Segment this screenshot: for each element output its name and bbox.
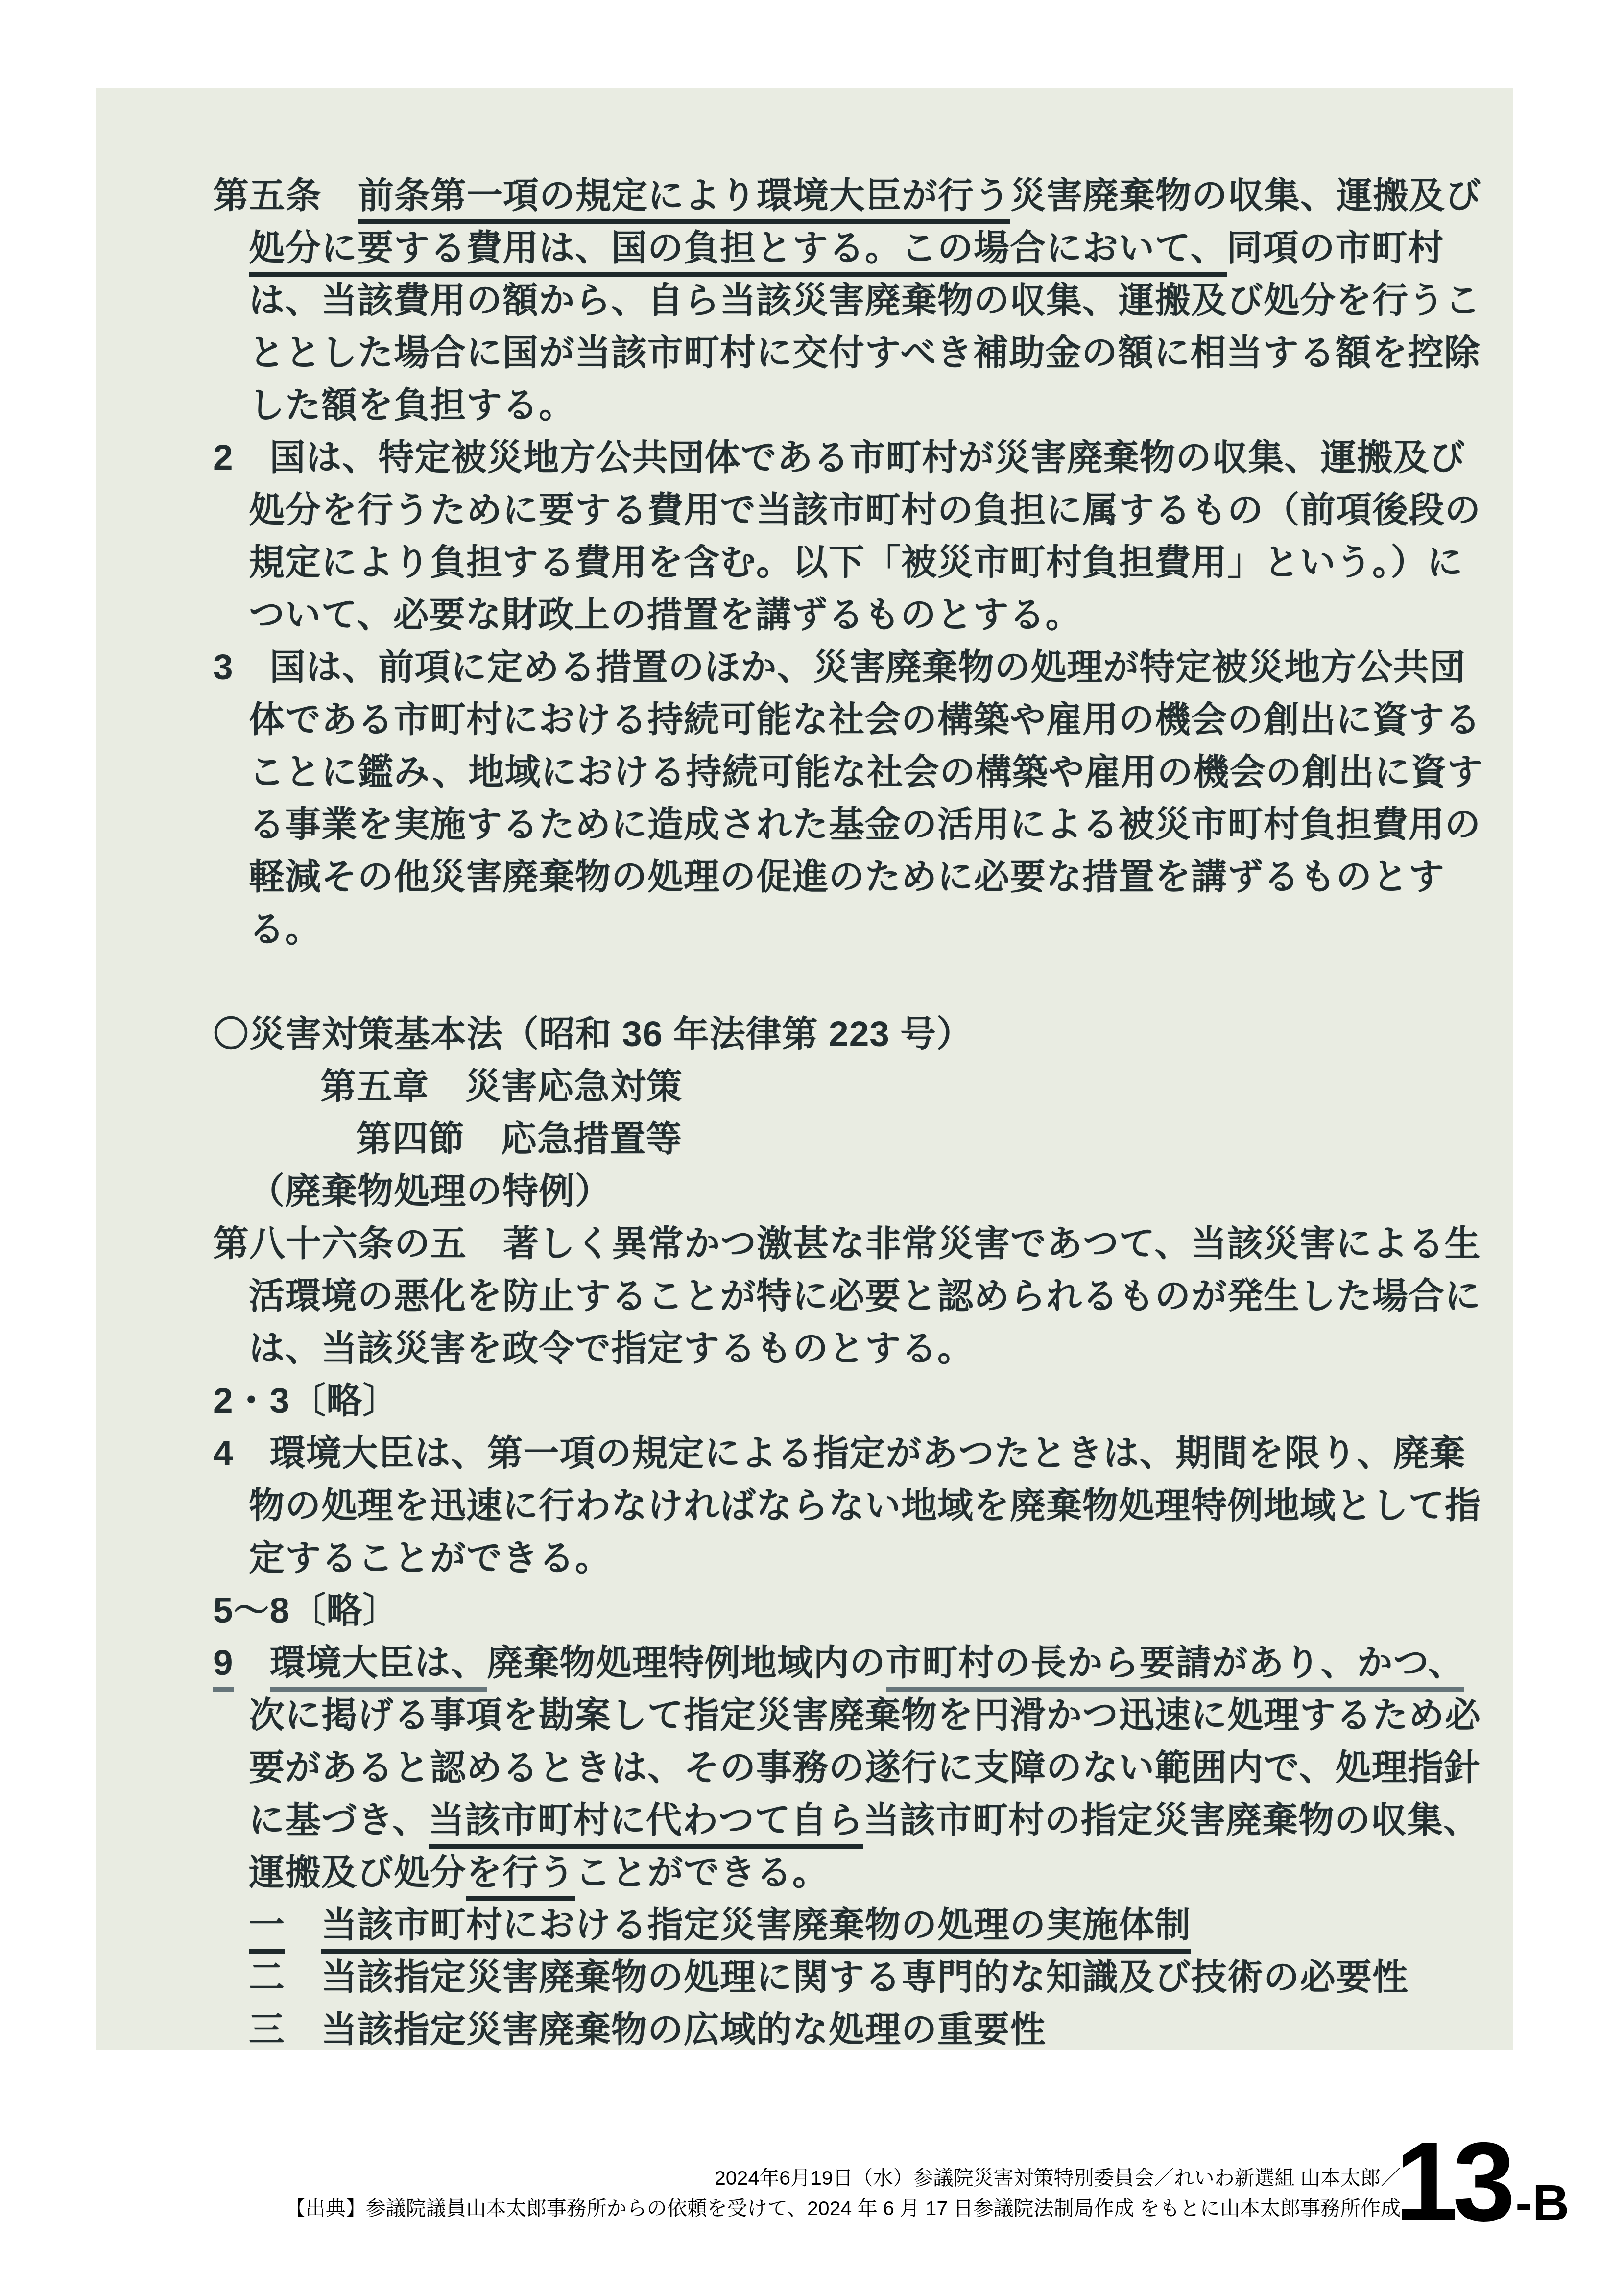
text-run: 運搬及び処分 — [249, 1853, 466, 1892]
underlined-text-run: 環境大臣は、 — [270, 1643, 487, 1692]
underlined-text-run: 一 — [249, 1905, 285, 1954]
text-run: ことに鑑み、地域における持続可能な社会の構築や雇用の機会の創出に資す — [249, 752, 1483, 792]
text-run: は、当該災害を政令で指定するものとする。 — [249, 1329, 974, 1368]
document-line: 〇災害対策基本法（昭和 36 年法律第 223 号） — [213, 1008, 1483, 1060]
underlined-text-run: 前条第一項の規定により環境大臣が行う — [358, 176, 1010, 224]
text-run: 2 国は、特定被災地方公共団体である市町村が災害廃棄物の収集、運搬及び — [213, 438, 1466, 477]
text-run: 三 当該指定災害廃棄物の広域的な処理の重要性 — [249, 2010, 1046, 2050]
document-blank-line — [213, 955, 1483, 1008]
underlined-text-run: 処分に要する費用は、国の負担とする。この場合において、 — [249, 228, 1227, 277]
text-run: 4 環境大臣は、第一項の規定による指定があつたときは、期間を限り、廃棄 — [213, 1433, 1466, 1473]
document-line: 2・3〔略〕 — [213, 1375, 1483, 1427]
text-run: 要があると認めるときは、その事務の遂行に支障のない範囲内で、処理指針 — [249, 1748, 1481, 1788]
document-line: 第八十六条の五 著しく異常かつ激甚な非常災害であつて、当該災害による生 — [213, 1217, 1483, 1270]
text-run: した額を負担する。 — [249, 385, 575, 425]
text-run: 二 当該指定災害廃棄物の処理に関する専門的な知識及び技術の必要性 — [249, 1957, 1409, 1997]
document-line: 二 当該指定災害廃棄物の処理に関する専門的な知識及び技術の必要性 — [249, 1951, 1483, 2004]
document-line: 軽減その他災害廃棄物の処理の促進のために必要な措置を講ずるものとす — [249, 851, 1483, 903]
document-line: 要があると認めるときは、その事務の遂行に支障のない範囲内で、処理指針 — [249, 1742, 1483, 1794]
underlined-text-run: 当該市町村に代わつて自ら — [429, 1800, 863, 1849]
text-run: 定することができる。 — [249, 1538, 611, 1578]
document-line: 第五条 前条第一項の規定により環境大臣が行う災害廃棄物の収集、運搬及び — [213, 169, 1483, 222]
document-line: 処分に要する費用は、国の負担とする。この場合において、同項の市町村 — [249, 222, 1483, 274]
document-line: 体である市町村における持続可能な社会の構築や雇用の機会の創出に資する — [249, 693, 1483, 746]
text-run: 軽減その他災害廃棄物の処理の促進のために必要な措置を講ずるものとす — [249, 857, 1445, 897]
screenshot-root: 第五条 前条第一項の規定により環境大臣が行う災害廃棄物の収集、運搬及び処分に要す… — [0, 0, 1624, 2291]
document-line: 処分を行うために要する費用で当該市町村の負担に属するもの（前項後段の — [249, 484, 1483, 536]
document-line: （廃棄物処理の特例） — [249, 1165, 1483, 1217]
underlined-text-run: 市町村の長から要請があり、かつ、 — [886, 1643, 1464, 1692]
text-run: 同項の市町村 — [1227, 228, 1444, 268]
document-line: 一 当該市町村における指定災害廃棄物の処理の実施体制 — [249, 1899, 1483, 1951]
document-line: 4 環境大臣は、第一項の規定による指定があつたときは、期間を限り、廃棄 — [213, 1427, 1483, 1480]
document-line: は、当該費用の額から、自ら当該災害廃棄物の収集、運搬及び処分を行うこ — [249, 274, 1483, 327]
document-line: 3 国は、前項に定める措置のほか、災害廃棄物の処理が特定被災地方公共団 — [213, 641, 1483, 693]
text-run: 次に掲げる事項を勘案して指定災害廃棄物を円滑かつ迅速に処理するため必 — [249, 1695, 1481, 1735]
text-run: 活環境の悪化を防止することが特に必要と認められるものが発生した場合に — [249, 1276, 1481, 1316]
text-run: ついて、必要な財政上の措置を講ずるものとする。 — [249, 595, 1082, 635]
document-line: 運搬及び処分を行うことができる。 — [249, 1846, 1483, 1899]
text-run: 当該市町村の指定災害廃棄物の収集、 — [863, 1800, 1480, 1840]
text-run: 廃棄物処理特例地域内の — [487, 1643, 886, 1683]
text-run: る。 — [249, 909, 321, 949]
document-line: る。 — [249, 903, 1483, 955]
document-line: は、当該災害を政令で指定するものとする。 — [249, 1322, 1483, 1375]
text-run: る事業を実施するために造成された基金の活用による被災市町村負担費用の — [249, 805, 1481, 844]
text-run: 第八十六条の五 著しく異常かつ激甚な非常災害であつて、当該災害による生 — [213, 1224, 1481, 1264]
footer-credits: 2024年6月19日（水）参議院災害対策特別委員会／れいわ新選組 山本太郎／ 【… — [286, 2163, 1401, 2223]
text-run: 5～8〔略〕 — [213, 1591, 399, 1630]
document-line: 9 環境大臣は、廃棄物処理特例地域内の市町村の長から要請があり、かつ、 — [213, 1637, 1483, 1689]
underlined-text-run: 当該市町村における指定災害廃棄物の処理の実施体制 — [321, 1905, 1191, 1954]
document-line: 三 当該指定災害廃棄物の広域的な処理の重要性 — [249, 2004, 1483, 2056]
underlined-text-run: 9 — [213, 1643, 234, 1692]
text-run: 規定により負担する費用を含む。以下「被災市町村負担費用」という。）に — [249, 543, 1463, 582]
document-body: 第五条 前条第一項の規定により環境大臣が行う災害廃棄物の収集、運搬及び処分に要す… — [213, 169, 1483, 2056]
document-line: 第五章 災害応急対策 — [320, 1060, 1483, 1113]
page-number-suffix: -B — [1515, 2178, 1569, 2229]
text-run: 物の処理を迅速に行わなければならない地域を廃棄物処理特例地域として指 — [249, 1486, 1481, 1526]
text-run: 〇災害対策基本法（昭和 36 年法律第 223 号） — [213, 1014, 973, 1054]
document-line: 定することができる。 — [249, 1532, 1483, 1584]
text-run: 第五章 災害応急対策 — [320, 1067, 683, 1106]
document-line: した額を負担する。 — [249, 379, 1483, 431]
text-run: 第五条 — [213, 176, 358, 215]
text-run: ことができる。 — [575, 1853, 829, 1892]
text-run: 体である市町村における持続可能な社会の構築や雇用の機会の創出に資する — [249, 700, 1481, 740]
text-run: に基づき、 — [249, 1800, 429, 1840]
text-run: 災害廃棄物の収集、運搬及び — [1010, 176, 1481, 215]
scanned-document-page: 第五条 前条第一項の規定により環境大臣が行う災害廃棄物の収集、運搬及び処分に要す… — [96, 88, 1513, 2050]
document-line: ついて、必要な財政上の措置を講ずるものとする。 — [249, 589, 1483, 641]
footer-credit-line-1: 2024年6月19日（水）参議院災害対策特別委員会／れいわ新選組 山本太郎／ — [286, 2163, 1401, 2193]
text-run — [285, 1905, 321, 1945]
text-run — [234, 1643, 270, 1683]
text-run: 3 国は、前項に定める措置のほか、災害廃棄物の処理が特定被災地方公共団 — [213, 647, 1466, 687]
text-run: は、当該費用の額から、自ら当該災害廃棄物の収集、運搬及び処分を行うこ — [249, 281, 1481, 320]
document-line: に基づき、当該市町村に代わつて自ら当該市町村の指定災害廃棄物の収集、 — [249, 1794, 1483, 1846]
text-run: 2・3〔略〕 — [213, 1381, 399, 1421]
document-line: ととした場合に国が当該市町村に交付すべき補助金の額に相当する額を控除 — [249, 327, 1483, 379]
document-line: 第四節 応急措置等 — [356, 1113, 1483, 1165]
document-line: 活環境の悪化を防止することが特に必要と認められるものが発生した場合に — [249, 1270, 1483, 1322]
document-line: ことに鑑み、地域における持続可能な社会の構築や雇用の機会の創出に資す — [249, 746, 1483, 798]
text-run: ととした場合に国が当該市町村に交付すべき補助金の額に相当する額を控除 — [249, 333, 1481, 373]
text-run: 処分を行うために要する費用で当該市町村の負担に属するもの（前項後段の — [249, 490, 1481, 530]
document-line: 2 国は、特定被災地方公共団体である市町村が災害廃棄物の収集、運搬及び — [213, 431, 1483, 484]
document-line: 物の処理を迅速に行わなければならない地域を廃棄物処理特例地域として指 — [249, 1480, 1483, 1532]
document-line: 次に掲げる事項を勘案して指定災害廃棄物を円滑かつ迅速に処理するため必 — [249, 1689, 1483, 1742]
page-number: 13-B — [1395, 2125, 1569, 2238]
underlined-text-run: を行う — [466, 1853, 575, 1901]
footer-credit-line-2: 【出典】参議院議員山本太郎事務所からの依頼を受けて、2024 年 6 月 17 … — [286, 2193, 1401, 2223]
text-run: （廃棄物処理の特例） — [249, 1171, 611, 1211]
page-number-main: 13 — [1395, 2125, 1510, 2238]
document-line: る事業を実施するために造成された基金の活用による被災市町村負担費用の — [249, 798, 1483, 851]
document-line: 5～8〔略〕 — [213, 1584, 1483, 1637]
text-run: 第四節 応急措置等 — [356, 1119, 682, 1159]
document-line: 規定により負担する費用を含む。以下「被災市町村負担費用」という。）に — [249, 536, 1483, 589]
